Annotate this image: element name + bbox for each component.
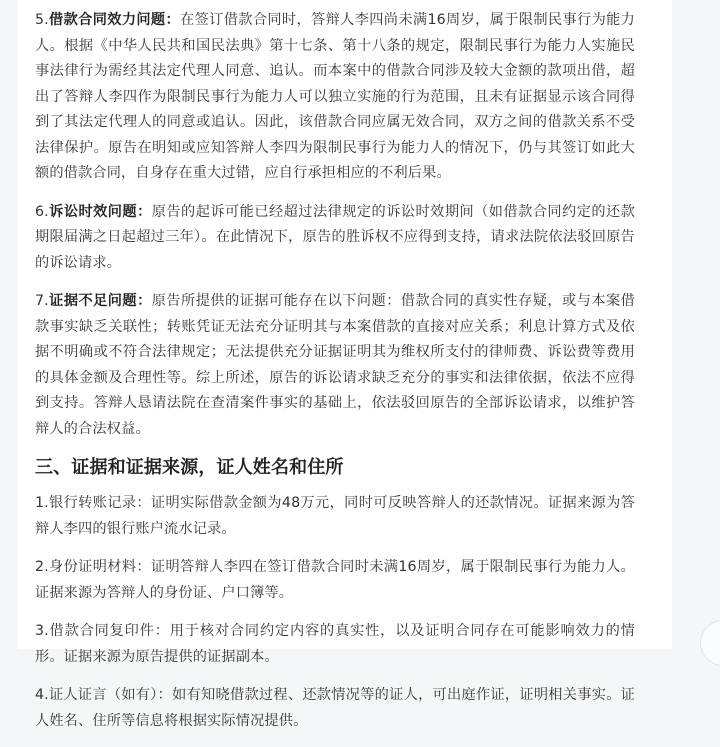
item-number: 7. xyxy=(35,293,49,309)
item-number: 5. xyxy=(35,12,49,28)
item-title: 诉讼时效问题 xyxy=(49,204,137,220)
item-body: 在签订借款合同时，答辩人李四尚未满16周岁，属于限制民事行为能力人。根据《中华人… xyxy=(35,12,635,181)
item-number: 6. xyxy=(35,204,49,220)
section-heading-evidence: 三、证据和证据来源，证人姓名和住所 xyxy=(35,455,635,481)
item-title: 借款合同效力问题 xyxy=(49,12,166,28)
item-colon: ： xyxy=(137,293,152,309)
item-title: 证据不足问题 xyxy=(49,293,137,309)
left-margin xyxy=(0,0,18,649)
document-content: 5.借款合同效力问题：在签订借款合同时，答辩人李四尚未满16周岁，属于限制民事行… xyxy=(35,8,635,649)
paragraph-item-6: 6.诉讼时效问题：原告的起诉可能已经超过法律规定的诉讼时效期间（如借款合同约定的… xyxy=(35,200,635,277)
paragraph-item-7: 7.证据不足问题：原告所提供的证据可能存在以下问题：借款合同的真实性存疑，或与本… xyxy=(35,289,635,442)
right-margin xyxy=(672,0,720,649)
paragraph-item-5: 5.借款合同效力问题：在签订借款合同时，答辩人李四尚未满16周岁，属于限制民事行… xyxy=(35,8,635,187)
item-colon: ： xyxy=(137,204,152,220)
evidence-item-2: 2.身份证明材料：证明答辩人李四在签订借款合同时未满16周岁，属于限制民事行为能… xyxy=(35,555,635,606)
evidence-item-1: 1.银行转账记录：证明实际借款金额为48万元，同时可反映答辩人的还款情况。证据来… xyxy=(35,491,635,542)
item-colon: ： xyxy=(166,12,181,28)
evidence-item-3: 3.借款合同复印件：用于核对合同约定内容的真实性，以及证明合同存在可能影响效力的… xyxy=(35,619,635,649)
item-body: 原告所提供的证据可能存在以下问题：借款合同的真实性存疑，或与本案借款事实缺乏关联… xyxy=(35,293,635,437)
